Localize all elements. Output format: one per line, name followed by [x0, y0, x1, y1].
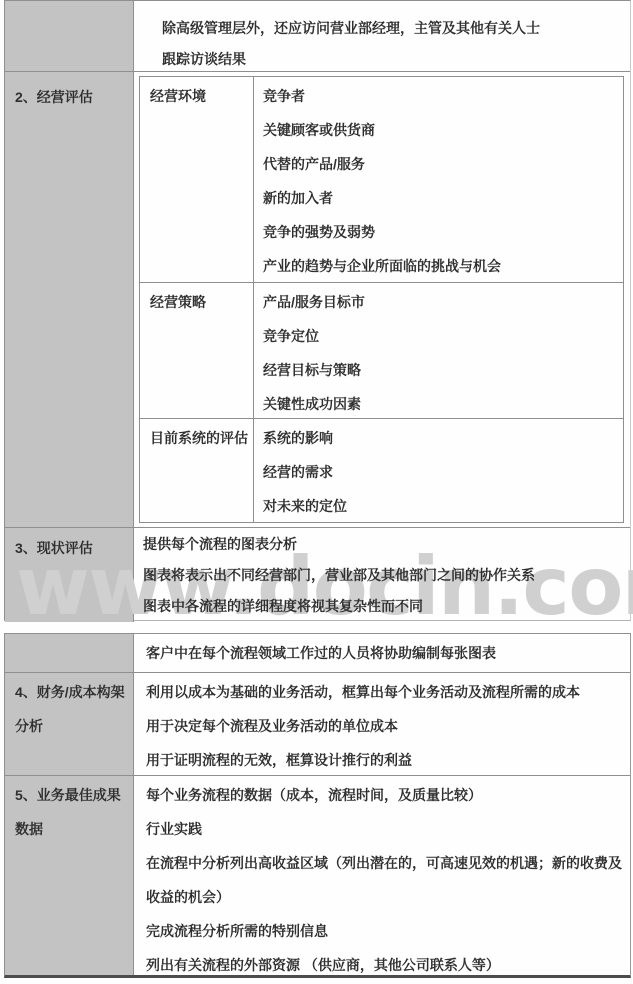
subrow-items-cell: 竞争者 关键顾客或供货商 代替的产品/服务 新的加入者 竞争的强势及弱势 产业的… [254, 77, 623, 282]
table-row-carryover: 除高级管理层外，还应访问营业部经理，主管及其他有关人士 跟踪访谈结果 [5, 1, 630, 72]
list-item: 经营的需求 [263, 455, 619, 489]
list-item: 竞争者 [263, 79, 619, 113]
list-item: 用于证明流程的无效，框算设计推行的利益 [146, 743, 628, 777]
row-header-cell: 4、财务/成本构架分析 [5, 673, 134, 775]
table-row-best-results: 5、业务最佳成果数据 每个业务流程的数据（成本，流程时间，及质量比较） 行业实践… [5, 776, 630, 975]
assessment-table-upper: 除高级管理层外，还应访问营业部经理，主管及其他有关人士 跟踪访谈结果 2、经营评… [4, 0, 631, 621]
content-line: 除高级管理层外，还应访问营业部经理，主管及其他有关人士 [162, 13, 626, 44]
subrow-business-strategy: 经营策略 产品/服务目标市 竞争定位 经营目标与策略 关键性成功因素 [140, 283, 623, 419]
table-row-current-state: 3、现状评估 提供每个流程的图表分析 图表将表示出不同经营部门，营业部及其他部门… [5, 528, 630, 622]
list-item: 代替的产品/服务 [263, 147, 619, 181]
subrow-items-cell: 系统的影响 经营的需求 对未来的定位 [254, 419, 623, 522]
assessment-table-lower: 客户中在每个流程领域工作过的人员将协助编制每张图表 4、财务/成本构架分析 利用… [4, 633, 631, 978]
list-item: 关键顾客或供货商 [263, 113, 619, 147]
list-item: 列出有关流程的外部资源 （供应商，其他公司联系人等） [146, 948, 628, 982]
subrow-label-cell: 经营策略 [140, 283, 254, 418]
content-line: 客户中在每个流程领域工作过的人员将协助编制每张图表 [146, 636, 626, 670]
list-item: 图表将表示出不同经营部门，营业部及其他部门之间的协作关系 [143, 560, 624, 591]
list-item: 竞争的强势及弱势 [263, 215, 619, 249]
list-item: 新的加入者 [263, 181, 619, 215]
subrow-label: 目前系统的评估 [150, 428, 250, 448]
row-content-cell: 客户中在每个流程领域工作过的人员将协助编制每张图表 [134, 634, 630, 672]
list-item: 产品/服务目标市 [263, 285, 619, 319]
list-item: 图表中各流程的详细程度将视其复杂性而不同 [143, 591, 624, 622]
row-header-cell: 5、业务最佳成果数据 [5, 776, 134, 975]
row-header-cell: 2、经营评估 [5, 72, 134, 527]
list-item: 对未来的定位 [263, 489, 619, 523]
row-content-cell: 除高级管理层外，还应访问营业部经理，主管及其他有关人士 跟踪访谈结果 [134, 1, 630, 71]
content-line: 跟踪访谈结果 [162, 44, 626, 75]
list-item: 用于决定每个流程及业务活动的单位成本 [146, 709, 628, 743]
row-header-cell: 3、现状评估 [5, 528, 134, 622]
subrow-business-environment: 经营环境 竞争者 关键顾客或供货商 代替的产品/服务 新的加入者 竞争的强势及弱… [140, 77, 623, 283]
subrow-items-cell: 产品/服务目标市 竞争定位 经营目标与策略 关键性成功因素 [254, 283, 623, 418]
row-content-cell: 经营环境 竞争者 关键顾客或供货商 代替的产品/服务 新的加入者 竞争的强势及弱… [134, 72, 630, 527]
row-content-cell: 利用以成本为基础的业务活动，框算出每个业务活动及流程所需的成本 用于决定每个流程… [134, 673, 630, 775]
list-item: 提供每个流程的图表分析 [143, 529, 624, 560]
row-header-label: 3、现状评估 [15, 533, 130, 564]
list-item: 每个业务流程的数据（成本，流程时间，及质量比较） [146, 778, 628, 812]
list-item: 利用以成本为基础的业务活动，框算出每个业务活动及流程所需的成本 [146, 675, 628, 709]
row-content-cell: 提供每个流程的图表分析 图表将表示出不同经营部门，营业部及其他部门之间的协作关系… [134, 528, 630, 622]
subrow-label-cell: 目前系统的评估 [140, 419, 254, 522]
row-header-cell-empty [5, 1, 134, 71]
list-item: 完成流程分析所需的特别信息 [146, 914, 628, 948]
list-item: 关键性成功因素 [263, 387, 619, 421]
subrow-current-system-assessment: 目前系统的评估 系统的影响 经营的需求 对未来的定位 [140, 419, 623, 522]
row-content-cell: 每个业务流程的数据（成本，流程时间，及质量比较） 行业实践 在流程中分析列出高收… [134, 776, 630, 975]
row-header-label: 5、业务最佳成果数据 [15, 778, 130, 846]
list-item: 系统的影响 [263, 421, 619, 455]
list-item: 竞争定位 [263, 319, 619, 353]
table-row-carryover: 客户中在每个流程领域工作过的人员将协助编制每张图表 [5, 634, 630, 673]
scanned-document-page: 除高级管理层外，还应访问营业部经理，主管及其他有关人士 跟踪访谈结果 2、经营评… [0, 0, 633, 984]
table-row-finance-cost: 4、财务/成本构架分析 利用以成本为基础的业务活动，框算出每个业务活动及流程所需… [5, 673, 630, 776]
list-item: 行业实践 [146, 812, 628, 846]
subrow-label-cell: 经营环境 [140, 77, 254, 282]
row-header-label: 2、经营评估 [15, 82, 130, 113]
list-item: 在流程中分析列出高收益区域（列出潜在的，可高速见效的机遇；新的收费及收益的机会） [146, 846, 628, 914]
subrow-label: 经营环境 [150, 86, 250, 106]
list-item: 经营目标与策略 [263, 353, 619, 387]
row-header-cell-empty [5, 634, 134, 672]
list-item: 产业的趋势与企业所面临的挑战与机会 [263, 249, 619, 283]
nested-subtable: 经营环境 竞争者 关键顾客或供货商 代替的产品/服务 新的加入者 竞争的强势及弱… [139, 76, 624, 523]
row-header-label: 4、财务/成本构架分析 [15, 675, 130, 743]
table-row-business-assessment: 2、经营评估 经营环境 竞争者 关键顾客或供货商 代替的产品/服务 新的加入者 … [5, 72, 630, 528]
subrow-label: 经营策略 [150, 292, 250, 312]
